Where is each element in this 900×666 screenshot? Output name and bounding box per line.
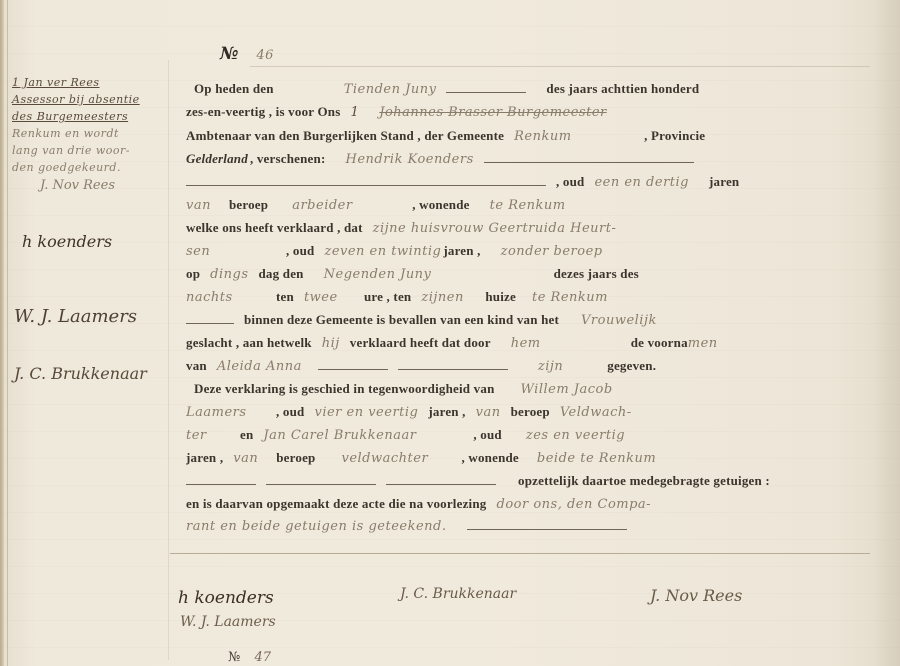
margin-note-line: lang van drie woor- (12, 142, 162, 159)
body-line-15: Laamers , oud vier en veertig jaren , va… (186, 404, 801, 426)
body-line-20: rant en beide getuigen is geteekend. (186, 519, 801, 541)
printed-text: en (240, 427, 253, 443)
margin-note-line: den goedgekeurd. (12, 159, 162, 176)
signature-witness-2: J. C. Brukkenaar (400, 586, 516, 602)
printed-text: Op heden den (194, 81, 274, 97)
body-line-18: opzettelijk daartoe medegebragte getuige… (186, 473, 801, 495)
next-number-value: 47 (254, 650, 271, 665)
handwritten-age: een en dertig (594, 175, 689, 190)
printed-text: geslacht , aan hetwelk (186, 335, 312, 351)
body-line-16: ter en Jan Carel Brukkenaar , oud zes en… (186, 427, 801, 449)
blank-rule (318, 359, 388, 370)
printed-text: dag den (259, 266, 304, 282)
handwritten-occupation: arbeider (292, 198, 402, 213)
handwritten-birthdate: Negenden Juny (324, 267, 544, 282)
blank-rule (186, 474, 256, 485)
printed-text: dezes jaars des (554, 266, 639, 282)
handwritten-residence: te Renkum (490, 198, 566, 213)
printed-text: de voorna (631, 335, 688, 351)
handwritten-occupation: zonder beroep (501, 244, 603, 259)
printed-text: , Provincie (644, 128, 705, 144)
margin-rule (7, 0, 8, 666)
margin-note-line: 1 Jan ver Rees (12, 74, 162, 91)
handwritten-text: zijn (538, 359, 563, 374)
printed-text: beroep (276, 450, 315, 466)
handwritten-age: vier en veertig (314, 405, 418, 420)
blank-rule (186, 313, 234, 324)
body-line-6: van beroep arbeider , wonende te Renkum (186, 197, 801, 219)
handwritten-place: te Renkum (532, 290, 608, 305)
handwritten-text: hem (511, 336, 621, 351)
printed-text: beroep (229, 197, 268, 213)
body-line-5: , oud een en dertig jaren (186, 174, 801, 196)
printed-text: jaren (709, 174, 739, 190)
printed-text: huize (485, 289, 516, 305)
printed-text: Deze verklaring is geschied in tegenwoor… (194, 381, 495, 397)
margin-note-line: des Burgemeesters (12, 108, 162, 125)
printed-text: ten (276, 289, 294, 305)
printed-text: en is daarvan opgemaakt deze acte die na… (186, 496, 487, 512)
handwritten-residence: beide te Renkum (537, 451, 656, 466)
printed-text: jaren , (443, 243, 480, 259)
margin-signature: J. C. Brukkenaar (14, 364, 147, 383)
handwritten-witness-1-surname: Laamers (186, 405, 266, 420)
blank-rule (467, 519, 627, 530)
handwritten-text: hij (322, 336, 340, 351)
printed-text: , wonende (461, 450, 518, 466)
handwritten-text: men (688, 336, 718, 351)
handwritten-text: van (476, 405, 501, 420)
next-record-number: № 47 (228, 650, 271, 665)
margin-signature: W. J. Laamers (14, 306, 137, 327)
body-line-9: op dings dag den Negenden Juny dezes jaa… (186, 266, 801, 288)
body-line-4: Gelderland , verschenen: Hendrik Koender… (186, 151, 801, 173)
printed-text: , oud (276, 404, 304, 420)
page-binding-edge (0, 0, 4, 666)
blank-rule (398, 359, 508, 370)
next-number-label: № (228, 650, 240, 665)
top-rule (250, 66, 870, 67)
handwritten-declarant: Hendrik Koenders (345, 152, 473, 167)
blank-rule (186, 175, 546, 186)
handwritten-text: ter (186, 428, 226, 443)
handwritten-municipality: Renkum (514, 129, 634, 144)
printed-text: des jaars achttien honderd (546, 81, 699, 97)
handwritten-age: zes en veertig (526, 428, 625, 443)
printed-text: , oud (286, 243, 314, 259)
printed-text: jaren , (428, 404, 465, 420)
blank-rule (386, 474, 496, 485)
blank-rule (266, 474, 376, 485)
handwritten-weekday: dings (210, 267, 248, 282)
handwritten-text: sen (186, 244, 276, 259)
number-value: 46 (256, 48, 274, 63)
handwritten-child-name: Aleida Anna (217, 359, 302, 374)
printed-text: , oud (473, 427, 501, 443)
handwritten-mother: zijne huisvrouw Geertruida Heurt- (373, 221, 617, 236)
signature-witness-1: W. J. Laamers (180, 614, 276, 630)
body-line-13: van Aleida Anna zijn gegeven. (186, 358, 801, 380)
printed-text: jaren , (186, 450, 223, 466)
page-fold-shadow (872, 0, 900, 666)
printed-text: beroep (511, 404, 550, 420)
body-line-11: binnen deze Gemeente is bevallen van een… (186, 312, 801, 334)
printed-text: opzettelijk daartoe medegebragte getuige… (518, 473, 770, 489)
printed-text: , wonende (412, 197, 469, 213)
body-line-12: geslacht , aan hetwelk hij verklaard hee… (186, 335, 801, 357)
printed-text: ure , ten (364, 289, 411, 305)
handwritten-text: zijnen (421, 290, 475, 305)
register-page: № 46 1 Jan ver Rees Assessor bij absenti… (0, 0, 900, 666)
handwritten-struck-name: Johannes Brasser Burgemeester (379, 105, 606, 120)
body-line-17: jaren , van beroep veldwachter , wonende… (186, 450, 801, 472)
handwritten-time-of-day: nachts (186, 290, 266, 305)
printed-text: welke ons heeft verklaard , dat (186, 220, 363, 236)
printed-text: verklaard heeft dat door (350, 335, 491, 351)
handwritten-age: zeven en twintig (324, 244, 441, 259)
handwritten-text: door ons, den Compa- (497, 497, 652, 512)
printed-text: zes-en-veertig , is voor Ons (186, 104, 340, 120)
printed-text: binnen deze Gemeente is bevallen van een… (244, 312, 559, 328)
handwritten-occupation: veldwachter (341, 451, 451, 466)
body-line-7: welke ons heeft verklaard , dat zijne hu… (186, 220, 801, 242)
margin-note-line: Renkum en wordt (12, 125, 162, 142)
printed-text: Ambtenaar van den Burgerlijken Stand , d… (186, 128, 504, 144)
margin-note-line: Assessor bij absentie (12, 91, 162, 108)
handwritten-sex: Vrouwelijk (581, 313, 657, 328)
body-line-19: en is daarvan opgemaakt deze acte die na… (186, 496, 801, 518)
number-label: № (220, 44, 238, 64)
blank-rule (484, 152, 694, 163)
body-line-8: sen , oud zeven en twintig jaren , zonde… (186, 243, 801, 265)
printed-text: , oud (556, 174, 584, 190)
margin-signature: h koenders (22, 232, 112, 251)
record-number: № 46 (220, 44, 274, 64)
printed-province: Gelderland (186, 151, 248, 167)
handwritten-witness-1: Willem Jacob (521, 382, 613, 397)
signature-registrar: J. Nov Rees (650, 586, 742, 605)
margin-signature-registrar: J. Nov Rees (40, 178, 115, 193)
body-line-10: nachts ten twee ure , ten zijnen huize t… (186, 289, 801, 311)
body-line-3: Ambtenaar van den Burgerlijken Stand , d… (186, 128, 801, 150)
blank-rule (446, 82, 526, 93)
body-line-2: zes-en-veertig , is voor Ons 1 Johannes … (186, 104, 801, 126)
margin-separator (168, 60, 169, 660)
handwritten-text: van (233, 451, 258, 466)
handwritten-witness-2: Jan Carel Brukkenaar (263, 428, 463, 443)
handwritten-text: van (186, 198, 211, 213)
handwritten-hour: twee (304, 290, 354, 305)
body-line-1: Op heden den Tienden Juny des jaars acht… (186, 81, 801, 103)
signature-declarant: h koenders (178, 588, 274, 608)
margin-annotation: 1 Jan ver Rees Assessor bij absentie des… (12, 74, 162, 176)
handwritten-text: rant en beide getuigen is geteekend. (186, 519, 447, 534)
closing-rule (170, 553, 870, 554)
handwritten-occupation: Veldwach- (560, 405, 632, 420)
handwritten-mark: 1 (350, 105, 359, 120)
handwritten-date: Tienden Juny (344, 82, 437, 97)
printed-text: van (186, 358, 207, 374)
body-line-14: Deze verklaring is geschied in tegenwoor… (186, 381, 801, 403)
printed-text: op (186, 266, 200, 282)
printed-text: , verschenen: (250, 151, 326, 167)
printed-text: gegeven. (607, 358, 656, 374)
